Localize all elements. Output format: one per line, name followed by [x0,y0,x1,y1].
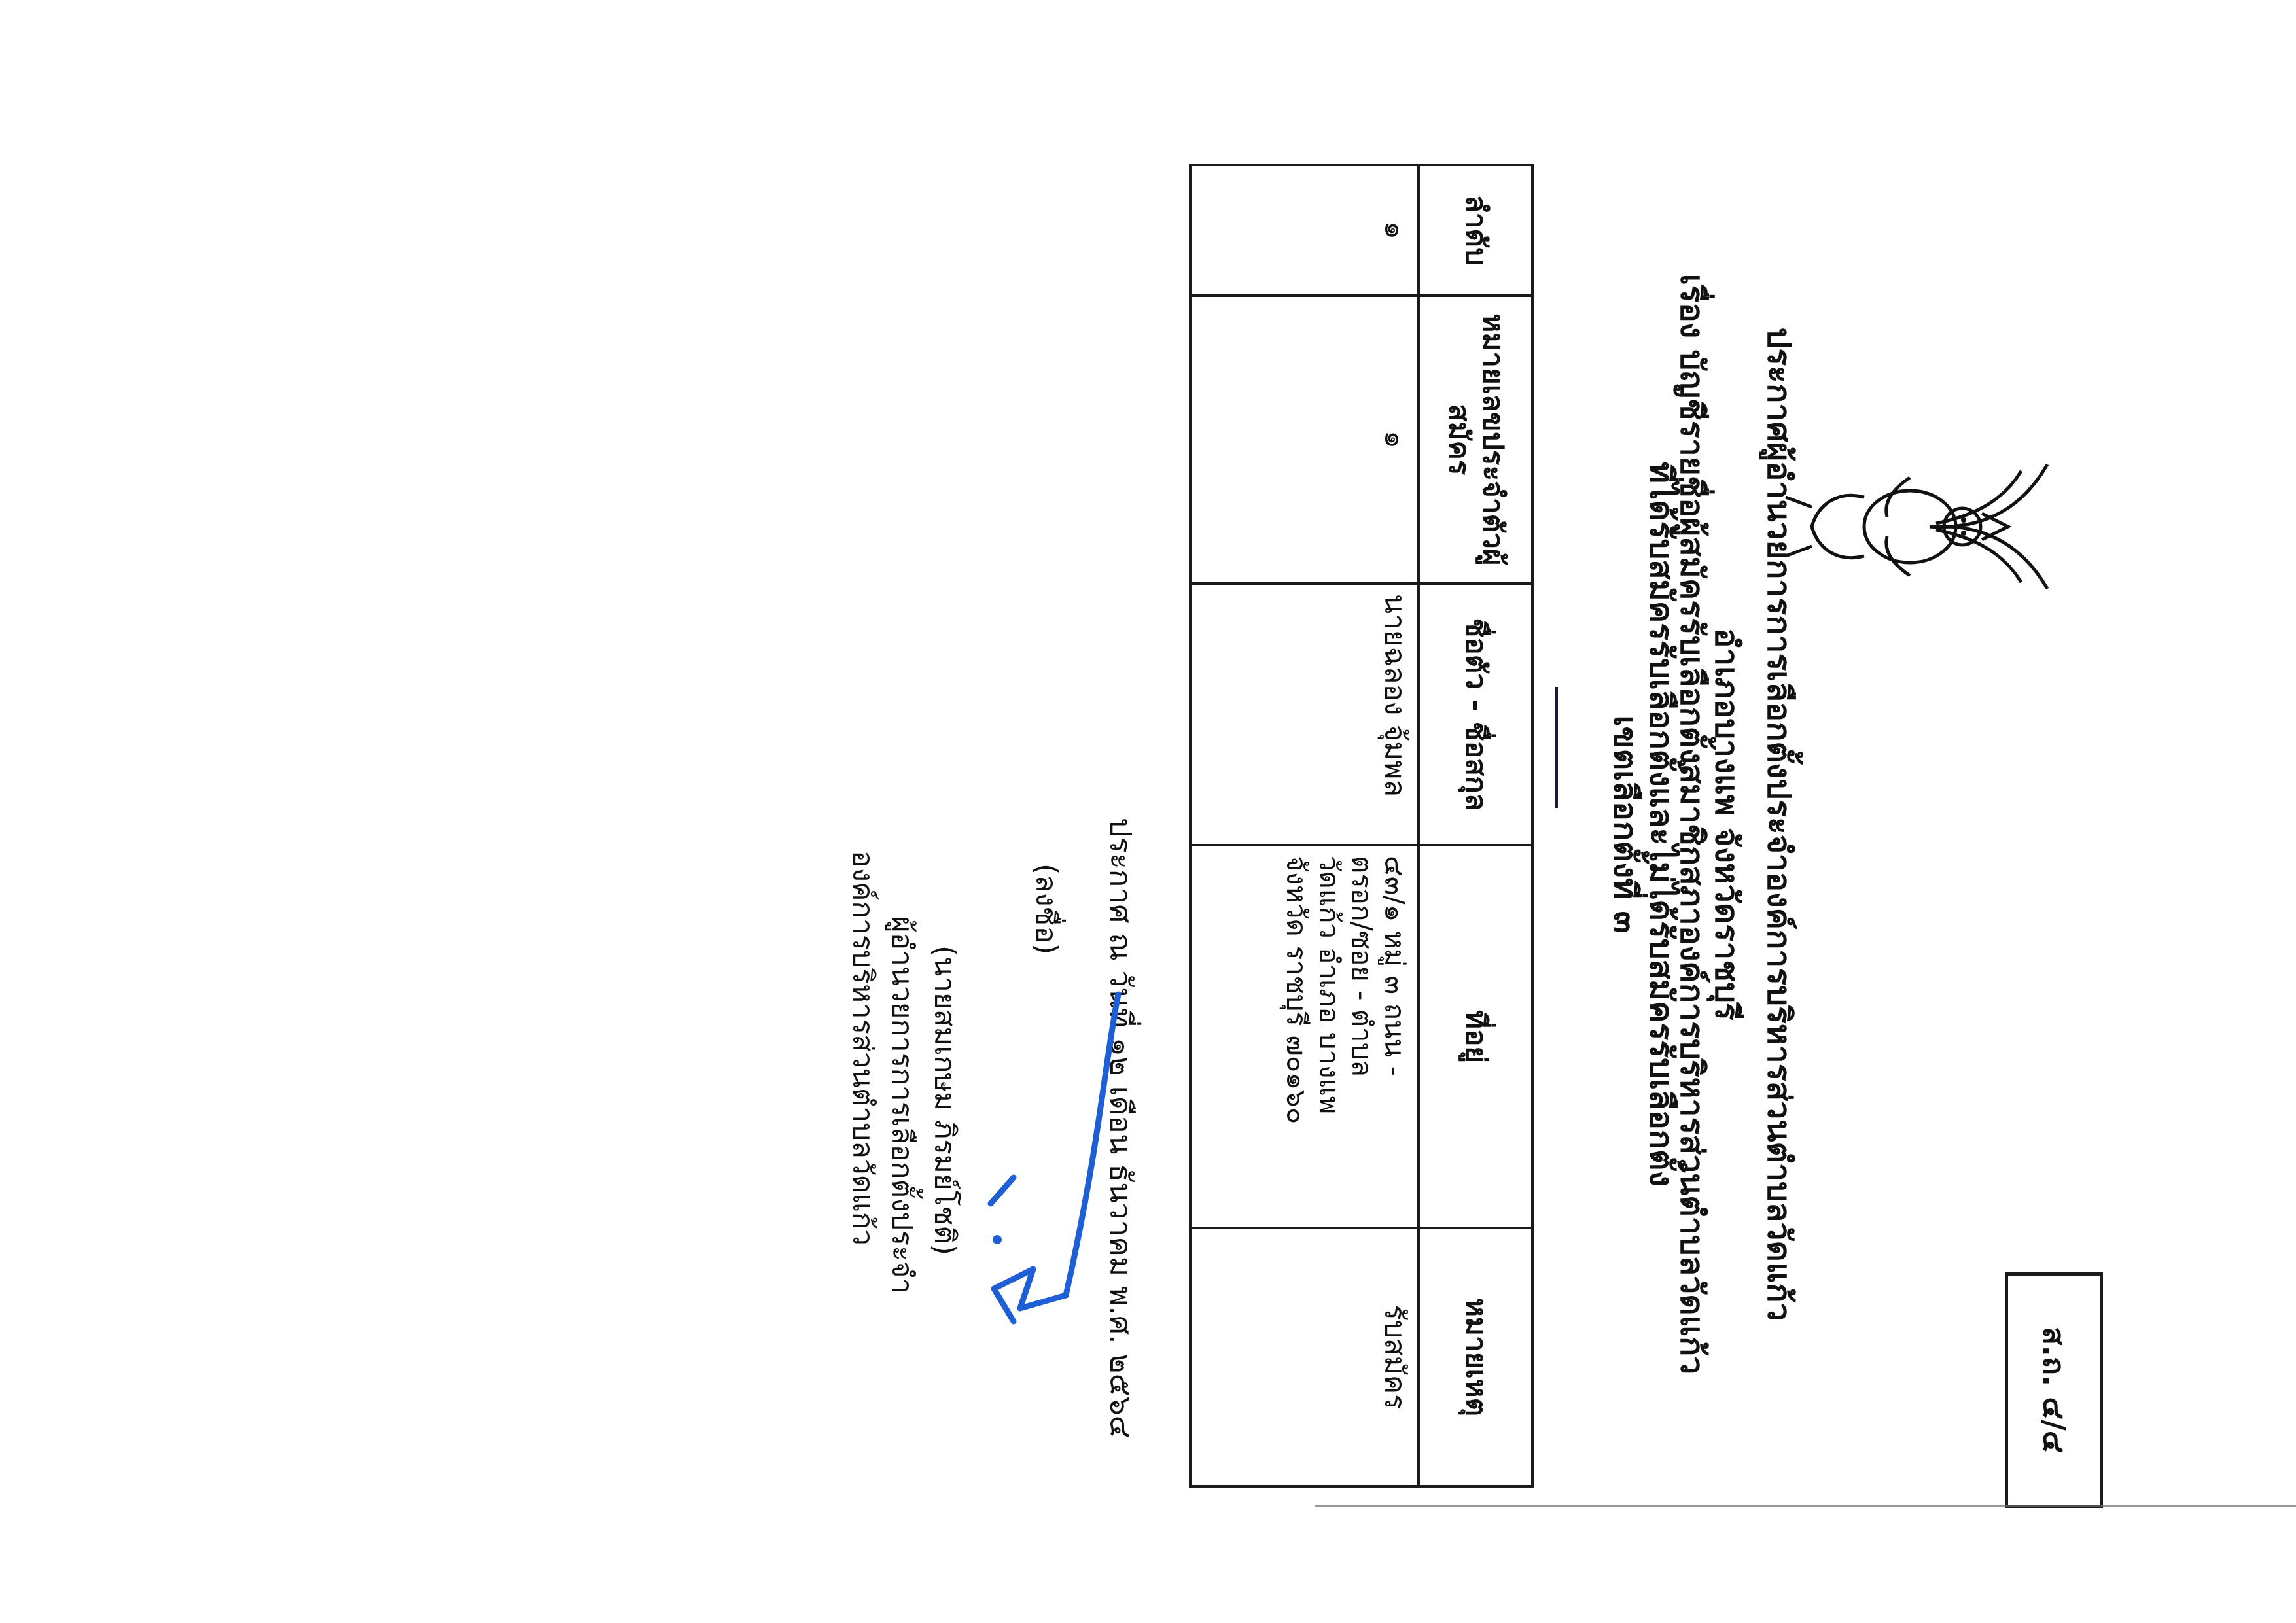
cell-candidate-number: ๑ [1190,296,1419,584]
scan-artifact-line [1315,1505,2296,1507]
cell-address: ๔๓/๑ หมู่ ๓ ถนน - ตรอก/ซอย - ตำบล วัดแก้… [1190,845,1419,1228]
title-line-5: เขตเลือกตั้งที่ ๓ [1606,164,1645,1485]
cell-full-name: นายฉลอง จุ้มพล [1190,584,1419,845]
address-line: ๔๓/๑ หมู่ ๓ ถนน - [1378,856,1411,1217]
address-line: ตรอก/ซอย - ตำบล [1345,856,1378,1217]
signer-position-line-1: ผู้อำนวยการการเลือกตั้งประจำ [879,916,925,1294]
title-line-1: ประกาศผู้อำนวยการการเลือกตั้งประจำองค์กา… [1759,164,1799,1485]
header-full-name: ชื่อตัว - ชื่อสกุล [1419,584,1532,845]
header-remark: หมายเหตุ [1419,1228,1532,1486]
document-page: ส.ถ. ๔/๔ ประกาศผู้อำนวยการการเลือกตั้งปร… [0,0,2296,1623]
title-line-2: อำเภอบางแพ จังหวัดราชบุรี [1707,164,1746,1485]
form-id: ส.ถ. ๔/๔ [2030,1327,2078,1453]
candidate-table: ลำดับ หมายเลขประจำตัวผู้สมัคร ชื่อตัว - … [1189,164,1534,1488]
cell-order: ๑ [1190,165,1419,296]
signer-name: (นายสมเกษม ภิรมย์โชติ) [922,945,968,1255]
signer-position-line-2: องค์การบริหารส่วนตำบลวัดแก้ว [840,850,886,1246]
address-line: วัดแก้ว อำเภอ บางแพ [1313,856,1345,1217]
title-line-4: ที่ได้รับสมัครรับเลือกตั้งและไม่ได้รับสม… [1642,164,1681,1485]
header-address: ที่อยู่ [1419,845,1532,1228]
handwritten-signature-icon [974,981,1144,1348]
garuda-emblem-icon [1779,451,2060,602]
table-row: ๑ ๑ นายฉลอง จุ้มพล ๔๓/๑ หมู่ ๓ ถนน - ตรอ… [1190,165,1419,1486]
address-line: จังหวัด ราชบุรี ๗๐๑๖๐ [1280,856,1313,1217]
table-header-row: ลำดับ หมายเลขประจำตัวผู้สมัคร ชื่อตัว - … [1419,165,1532,1486]
title-divider [1555,687,1558,808]
header-order: ลำดับ [1419,165,1532,296]
header-candidate-number: หมายเลขประจำตัวผู้สมัคร [1419,296,1532,584]
signature-label: (ลงชื่อ) [1023,864,1069,954]
form-id-box: ส.ถ. ๔/๔ [2005,1272,2103,1508]
cell-remark: รับสมัคร [1190,1228,1419,1486]
